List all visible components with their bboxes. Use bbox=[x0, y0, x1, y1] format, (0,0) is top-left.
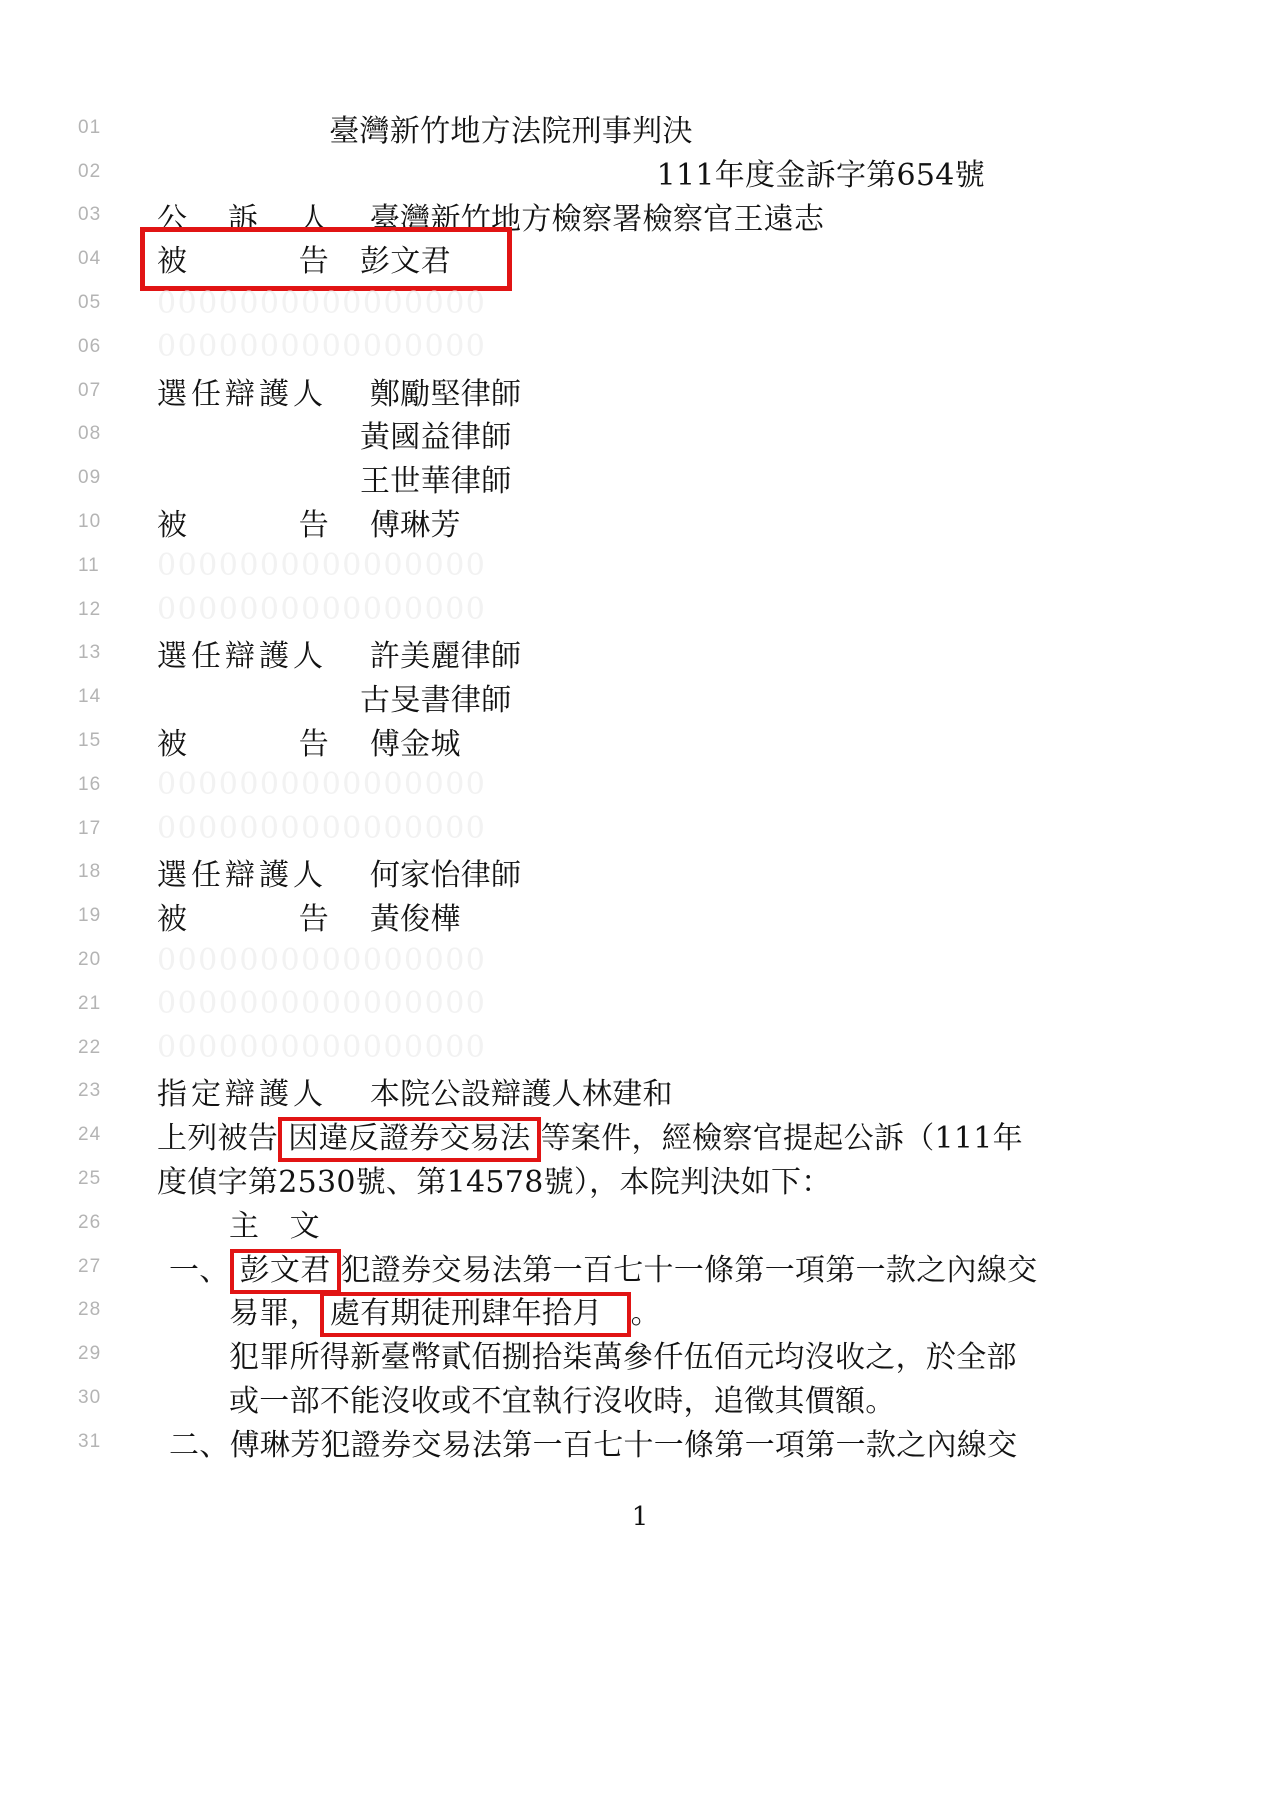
line-number: 01 bbox=[78, 117, 122, 139]
line-number: 13 bbox=[78, 642, 122, 664]
case-number-line: 02 111年度金訴字第654號 bbox=[0, 150, 1280, 194]
document-body: 01 臺灣新竹地方法院刑事判決 02 111年度金訴字第654號 03 公 訴 … bbox=[0, 0, 1280, 1464]
defense-counsel-line: 07 選任辯護人 鄭勵堅律師 bbox=[0, 369, 1280, 413]
verdict-text: 或一部不能沒收或不宜執行沒收時，追徵其價額。 bbox=[157, 1376, 985, 1420]
redacted-text: 0000000000000000 bbox=[157, 811, 486, 846]
defendant-label: 被 告 bbox=[157, 236, 329, 280]
title-line: 01 臺灣新竹地方法院刑事判決 bbox=[0, 106, 1280, 150]
label-char: 告 bbox=[299, 894, 329, 938]
line-number: 16 bbox=[78, 774, 122, 796]
verdict-item-line: 30 或一部不能沒收或不宜執行沒收時，追徵其價額。 bbox=[0, 1376, 1280, 1420]
lawyer-name: 許美麗律師 bbox=[370, 639, 522, 674]
line-number: 21 bbox=[78, 993, 122, 1015]
line-number: 11 bbox=[78, 555, 122, 577]
line-number: 14 bbox=[78, 686, 122, 708]
redacted-text: 0000000000000000 bbox=[157, 548, 486, 583]
lawyer-name: 古旻書律師 bbox=[360, 675, 512, 719]
verdict-text: 易罪， bbox=[229, 1296, 320, 1331]
line-number: 06 bbox=[78, 336, 122, 358]
verdict-item-line: 29 犯罪所得新臺幣貳佰捌拾柒萬參仟伍佰元均沒收之，於全部 bbox=[0, 1332, 1280, 1376]
redacted-line: 22 0000000000000000 bbox=[0, 1026, 1280, 1070]
item-number: 二、 bbox=[169, 1428, 230, 1463]
counsel-label: 選任辯護人 bbox=[157, 369, 329, 413]
verdict-text: 傅琳芳犯證券交易法第一百七十一條第一項第一款之內線交 bbox=[230, 1428, 1018, 1463]
label-char: 被 bbox=[157, 500, 187, 544]
highlight-box-sentence: 處有期徒刑肆年拾月 bbox=[320, 1292, 631, 1337]
line-number: 22 bbox=[78, 1037, 122, 1059]
label-char: 被 bbox=[157, 719, 187, 763]
highlight-box-name: 彭文君 bbox=[230, 1249, 341, 1294]
line-number: 02 bbox=[78, 161, 122, 183]
line-number: 17 bbox=[78, 818, 122, 840]
redacted-text: 0000000000000000 bbox=[157, 943, 486, 978]
defendant-name: 彭文君 bbox=[360, 236, 451, 280]
defendant-name: 傅琳芳 bbox=[370, 508, 461, 543]
assigned-counsel-name: 本院公設辯護人林建和 bbox=[370, 1077, 673, 1112]
defendant-name: 黃俊樺 bbox=[370, 902, 461, 937]
redacted-text: 0000000000000000 bbox=[157, 286, 486, 321]
verdict-item-line: 31 二、傅琳芳犯證券交易法第一百七十一條第一項第一款之內線交 bbox=[0, 1420, 1280, 1464]
line-number: 23 bbox=[78, 1080, 122, 1102]
defendant-name: 傅金城 bbox=[370, 727, 461, 762]
redacted-line: 21 0000000000000000 bbox=[0, 982, 1280, 1026]
highlight-box-charge: 因違反證券交易法 bbox=[278, 1117, 540, 1162]
lawyer-name: 何家怡律師 bbox=[370, 858, 522, 893]
defendant-line-1: 04 被 告 彭文君 bbox=[0, 237, 1280, 281]
redacted-text: 0000000000000000 bbox=[157, 767, 486, 802]
label-char: 被 bbox=[157, 236, 187, 280]
intro-text: 度偵字第2530號、第14578號），本院判決如下： bbox=[157, 1157, 985, 1201]
lawyer-name: 鄭勵堅律師 bbox=[370, 377, 522, 412]
lawyer-name: 王世華律師 bbox=[360, 456, 512, 500]
line-number: 30 bbox=[78, 1387, 122, 1409]
line-number: 26 bbox=[78, 1212, 122, 1234]
redacted-text: 0000000000000000 bbox=[157, 329, 486, 364]
counsel-label: 指定辯護人 bbox=[157, 1069, 329, 1113]
redacted-text: 0000000000000000 bbox=[157, 592, 486, 627]
line-number: 24 bbox=[78, 1124, 122, 1146]
redacted-line: 06 0000000000000000 bbox=[0, 325, 1280, 369]
redacted-line: 12 0000000000000000 bbox=[0, 588, 1280, 632]
defendant-line-2: 10 被 告 傅琳芳 bbox=[0, 500, 1280, 544]
redacted-line: 17 0000000000000000 bbox=[0, 807, 1280, 851]
line-number: 05 bbox=[78, 292, 122, 314]
line-number: 09 bbox=[78, 467, 122, 489]
defendant-label: 被 告 bbox=[157, 719, 329, 763]
line-number: 07 bbox=[78, 380, 122, 402]
verdict-text: 犯證券交易法第一百七十一條第一項第一款之內線交 bbox=[341, 1253, 1038, 1288]
defense-counsel-line: 13 選任辯護人 許美麗律師 bbox=[0, 632, 1280, 676]
highlight-box-defendant: 被 告 彭文君 bbox=[140, 227, 512, 291]
label-char: 告 bbox=[299, 236, 329, 280]
line-number: 19 bbox=[78, 905, 122, 927]
redacted-line: 20 0000000000000000 bbox=[0, 938, 1280, 982]
redacted-line: 11 0000000000000000 bbox=[0, 544, 1280, 588]
line-number: 03 bbox=[78, 204, 122, 226]
case-number: 111年度金訴字第654號 bbox=[157, 150, 985, 194]
line-number: 29 bbox=[78, 1343, 122, 1365]
verdict-item-line: 27 一、彭文君犯證券交易法第一百七十一條第一項第一款之內線交 bbox=[0, 1245, 1280, 1289]
judgment-intro-line: 25 度偵字第2530號、第14578號），本院判決如下： bbox=[0, 1157, 1280, 1201]
line-number: 08 bbox=[78, 423, 122, 445]
line-number: 25 bbox=[78, 1168, 122, 1190]
verdict-item-line: 28 易罪，處有期徒刑肆年拾月。 bbox=[0, 1289, 1280, 1333]
intro-text: 上列被告 bbox=[157, 1121, 278, 1156]
line-number: 31 bbox=[78, 1431, 122, 1453]
line-number: 10 bbox=[78, 511, 122, 533]
main-text-heading-line: 26 主 文 bbox=[0, 1201, 1280, 1245]
line-number: 04 bbox=[78, 248, 122, 270]
line-number: 27 bbox=[78, 1256, 122, 1278]
defendant-label: 被 告 bbox=[157, 894, 329, 938]
verdict-text: 。 bbox=[631, 1296, 661, 1331]
line-number: 28 bbox=[78, 1299, 122, 1321]
judgment-intro-line: 24 上列被告因違反證券交易法等案件，經檢察官提起公訴（111年 bbox=[0, 1113, 1280, 1157]
label-char: 告 bbox=[299, 500, 329, 544]
line-number: 15 bbox=[78, 730, 122, 752]
redacted-line: 16 0000000000000000 bbox=[0, 763, 1280, 807]
defendant-line-3: 15 被 告 傅金城 bbox=[0, 719, 1280, 763]
redacted-text: 0000000000000000 bbox=[157, 986, 486, 1021]
item-number: 一、 bbox=[169, 1253, 230, 1288]
line-number: 18 bbox=[78, 861, 122, 883]
redacted-line: 05 0000000000000000 bbox=[0, 281, 1280, 325]
page-number: 1 bbox=[0, 1502, 1280, 1532]
defense-counsel-line: 18 選任辯護人 何家怡律師 bbox=[0, 851, 1280, 895]
defense-counsel-line: 08 黃國益律師 bbox=[0, 413, 1280, 457]
label-char: 被 bbox=[157, 894, 187, 938]
defense-counsel-line: 14 古旻書律師 bbox=[0, 675, 1280, 719]
intro-text: 等案件，經檢察官提起公訴（111年 bbox=[541, 1121, 1023, 1156]
verdict-text: 犯罪所得新臺幣貳佰捌拾柒萬參仟伍佰元均沒收之，於全部 bbox=[157, 1332, 985, 1376]
defense-counsel-line: 09 王世華律師 bbox=[0, 456, 1280, 500]
lawyer-name: 黃國益律師 bbox=[360, 412, 512, 456]
redacted-text: 0000000000000000 bbox=[157, 1030, 486, 1065]
counsel-label: 選任辯護人 bbox=[157, 850, 329, 894]
assigned-counsel-line: 23 指定辯護人 本院公設辯護人林建和 bbox=[0, 1070, 1280, 1114]
court-title: 臺灣新竹地方法院刑事判決 bbox=[157, 106, 985, 150]
judgment-page: { "page": { "title": "臺灣新竹地方法院刑事判決", "ca… bbox=[0, 0, 1280, 1812]
main-text-heading: 主 文 bbox=[157, 1201, 985, 1245]
counsel-label: 選任辯護人 bbox=[157, 631, 329, 675]
defendant-line-4: 19 被 告 黃俊樺 bbox=[0, 894, 1280, 938]
line-number: 20 bbox=[78, 949, 122, 971]
label-char: 告 bbox=[299, 719, 329, 763]
line-number: 12 bbox=[78, 599, 122, 621]
defendant-label: 被 告 bbox=[157, 500, 329, 544]
